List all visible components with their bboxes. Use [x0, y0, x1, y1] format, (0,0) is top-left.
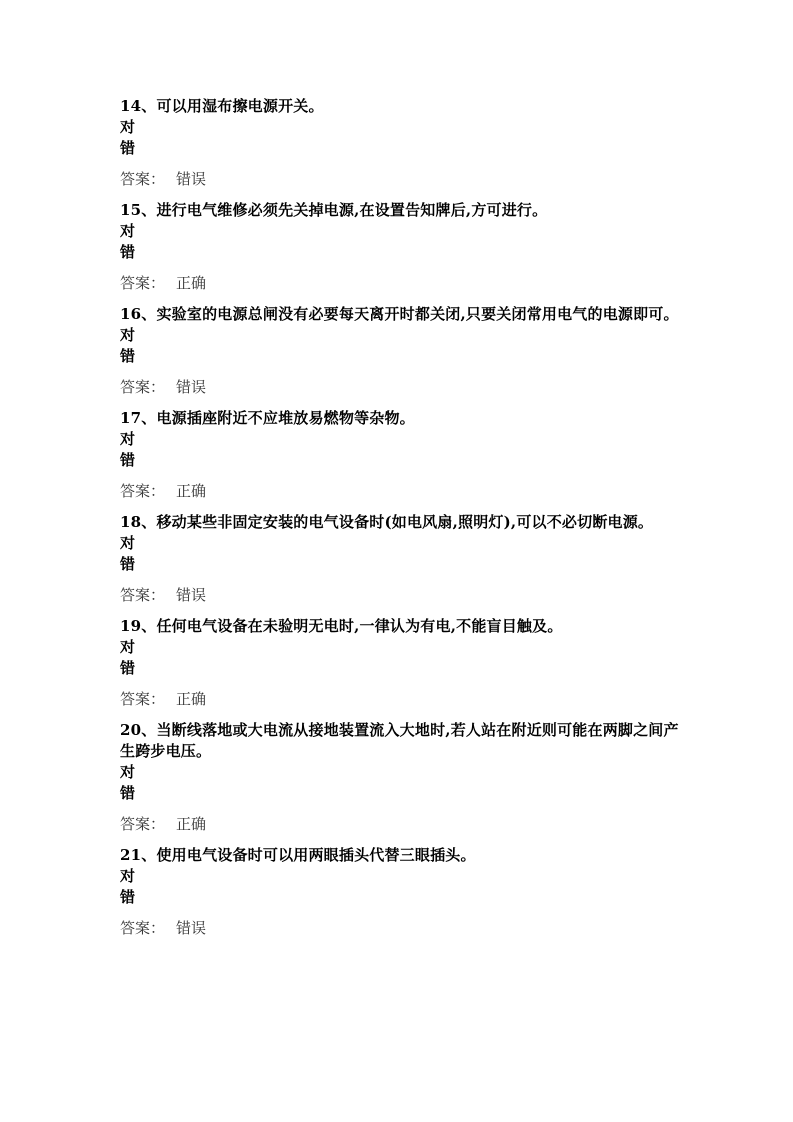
- question-text: 19、任何电气设备在未验明无电时,一律认为有电,不能盲目触及。: [120, 616, 680, 637]
- document-page: 14、可以用湿布擦电源开关。 对 错 答案：错误 15、进行电气维修必须先关掉电…: [120, 96, 680, 949]
- question-14: 14、可以用湿布擦电源开关。 对 错 答案：错误: [120, 96, 680, 190]
- answer-value: 错误: [176, 170, 206, 188]
- answer-label: 答案：: [120, 481, 176, 502]
- option-false: 错: [120, 554, 680, 575]
- answer-value: 错误: [176, 919, 206, 937]
- option-false: 错: [120, 346, 680, 367]
- option-true: 对: [120, 762, 680, 783]
- answer-line: 答案：正确: [120, 481, 680, 502]
- answer-label: 答案：: [120, 814, 176, 835]
- answer-line: 答案：正确: [120, 814, 680, 835]
- answer-line: 答案：错误: [120, 169, 680, 190]
- answer-value: 正确: [176, 274, 206, 292]
- option-true: 对: [120, 429, 680, 450]
- answer-line: 答案：错误: [120, 585, 680, 606]
- option-true: 对: [120, 221, 680, 242]
- option-false: 错: [120, 138, 680, 159]
- answer-value: 正确: [176, 815, 206, 833]
- answer-value: 错误: [176, 586, 206, 604]
- question-text: 20、当断线落地或大电流从接地装置流入大地时,若人站在附近则可能在两脚之间产生跨…: [120, 720, 680, 762]
- option-true: 对: [120, 637, 680, 658]
- question-16: 16、实验室的电源总闸没有必要每天离开时都关闭,只要关闭常用电气的电源即可。 对…: [120, 304, 680, 398]
- option-false: 错: [120, 658, 680, 679]
- option-false: 错: [120, 783, 680, 804]
- answer-line: 答案：正确: [120, 273, 680, 294]
- question-text: 17、电源插座附近不应堆放易燃物等杂物。: [120, 408, 680, 429]
- option-true: 对: [120, 325, 680, 346]
- question-17: 17、电源插座附近不应堆放易燃物等杂物。 对 错 答案：正确: [120, 408, 680, 502]
- question-21: 21、使用电气设备时可以用两眼插头代替三眼插头。 对 错 答案：错误: [120, 845, 680, 939]
- answer-label: 答案：: [120, 689, 176, 710]
- question-text: 16、实验室的电源总闸没有必要每天离开时都关闭,只要关闭常用电气的电源即可。: [120, 304, 680, 325]
- option-false: 错: [120, 242, 680, 263]
- option-true: 对: [120, 533, 680, 554]
- question-text: 14、可以用湿布擦电源开关。: [120, 96, 680, 117]
- question-text: 21、使用电气设备时可以用两眼插头代替三眼插头。: [120, 845, 680, 866]
- answer-line: 答案：错误: [120, 918, 680, 939]
- option-true: 对: [120, 117, 680, 138]
- question-20: 20、当断线落地或大电流从接地装置流入大地时,若人站在附近则可能在两脚之间产生跨…: [120, 720, 680, 835]
- answer-line: 答案：错误: [120, 377, 680, 398]
- answer-label: 答案：: [120, 377, 176, 398]
- answer-value: 正确: [176, 482, 206, 500]
- option-true: 对: [120, 866, 680, 887]
- answer-label: 答案：: [120, 918, 176, 939]
- question-15: 15、进行电气维修必须先关掉电源,在设置告知牌后,方可进行。 对 错 答案：正确: [120, 200, 680, 294]
- option-false: 错: [120, 887, 680, 908]
- question-18: 18、移动某些非固定安装的电气设备时(如电风扇,照明灯),可以不必切断电源。 对…: [120, 512, 680, 606]
- answer-value: 正确: [176, 690, 206, 708]
- answer-label: 答案：: [120, 169, 176, 190]
- question-text: 18、移动某些非固定安装的电气设备时(如电风扇,照明灯),可以不必切断电源。: [120, 512, 680, 533]
- option-false: 错: [120, 450, 680, 471]
- answer-label: 答案：: [120, 273, 176, 294]
- question-text: 15、进行电气维修必须先关掉电源,在设置告知牌后,方可进行。: [120, 200, 680, 221]
- question-19: 19、任何电气设备在未验明无电时,一律认为有电,不能盲目触及。 对 错 答案：正…: [120, 616, 680, 710]
- answer-value: 错误: [176, 378, 206, 396]
- answer-line: 答案：正确: [120, 689, 680, 710]
- answer-label: 答案：: [120, 585, 176, 606]
